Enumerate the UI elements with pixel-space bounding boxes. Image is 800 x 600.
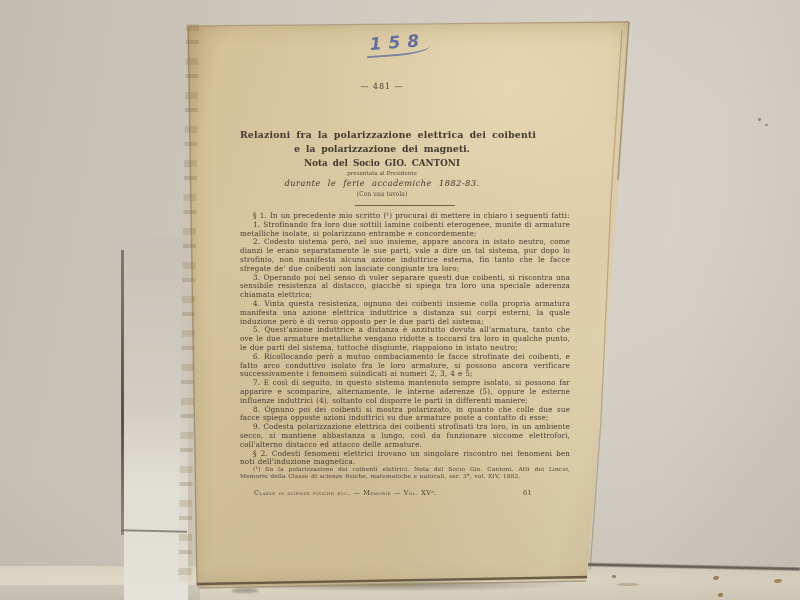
article-title-line1: Relazioni fra la polarizzazione elettric… (240, 130, 524, 141)
debris-streak (617, 583, 639, 586)
photo-backdrop: 158 — 481 — Relazioni fra la polarizzazi… (0, 0, 800, 600)
paragraph: 8. Ognuno poi dei coibenti si mostra pol… (240, 406, 570, 424)
author-byline: Nota del Socio GIO. CANTONI (240, 159, 524, 169)
adjacent-sheet-edge (124, 238, 188, 600)
wall-table-seam (560, 562, 800, 570)
paragraph: 6. Ricollocando però a mutuo combaciamen… (240, 353, 570, 379)
paragraph: 3. Operando poi nel senso di voler separ… (240, 274, 570, 300)
adjacent-sheet-shadow (121, 250, 124, 535)
footer-series-label: Classe di scienze fisiche ecc. — Memorie… (254, 489, 437, 498)
debris-speck (718, 593, 723, 597)
paragraph: 1. Strofinando fra loro due sottili lami… (240, 221, 570, 239)
article-title-line2: e la polarizzazione dei magneti. (240, 144, 524, 155)
paragraph: 4. Vinta questa resistenza, ognuno dei c… (240, 300, 570, 326)
plate-note: (Con una tavola) (240, 191, 524, 198)
academic-session-line: durante le ferie accademiche 1882-83. (240, 178, 524, 188)
wall-mark (758, 118, 761, 121)
adjacent-sheet-seam (121, 529, 187, 533)
paragraph: 5. Quest'azione induttrice a distanza è … (240, 326, 570, 352)
footer-sheet-number: 61 (523, 489, 532, 498)
handwritten-archive-number: 158 (365, 31, 430, 58)
page-number: — 481 — (240, 82, 524, 91)
debris-speck (612, 575, 616, 578)
paragraph: 7. E così di seguito, in questo sistema … (240, 379, 570, 405)
wall-mark (765, 124, 768, 126)
page-edge-lines (0, 0, 800, 600)
heading-divider-rule (355, 205, 455, 206)
table-surface (0, 566, 800, 600)
paragraph-list: § 1. In un precedente mio scritto (¹) pr… (240, 212, 570, 467)
debris-speck (713, 576, 719, 580)
paragraph: 9. Codesta polarizzazione elettrica dei … (240, 423, 570, 449)
table-surface-left (0, 585, 200, 600)
footnote: (¹) Su la polarizzazione dei coibenti el… (240, 467, 570, 482)
paragraph: § 2. Codesti fenomeni elettrici trovano … (240, 450, 570, 468)
body-text: § 1. In un precedente mio scritto (¹) pr… (240, 212, 570, 498)
page-left-deckle-edge (178, 24, 199, 582)
page-shadow (196, 582, 592, 595)
paragraph: § 1. In un precedente mio scritto (¹) pr… (240, 212, 570, 221)
presented-line: presentata al Presidente (240, 171, 524, 177)
running-footer: Classe di scienze fisiche ecc. — Memorie… (240, 489, 570, 498)
pencil-smudge (232, 588, 258, 593)
paragraph: 2. Codesto sistema però, nel suo insieme… (240, 238, 570, 273)
debris-speck (774, 579, 782, 583)
document-page (185, 18, 635, 593)
